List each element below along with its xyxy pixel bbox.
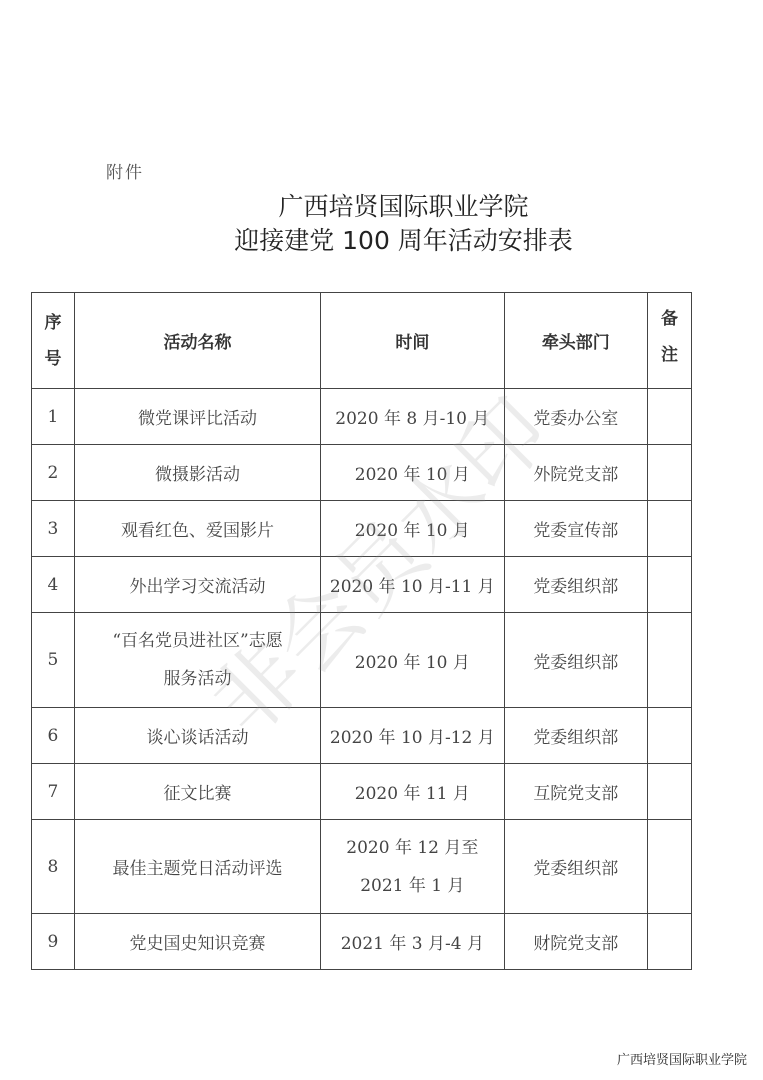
header-seq: 序号 — [32, 293, 75, 389]
cell-seq: 1 — [32, 389, 75, 445]
table-row: 2 微摄影活动 2020 年 10 月 外院党支部 — [32, 445, 692, 501]
cell-dept: 党委组织部 — [504, 557, 648, 613]
cell-time: 2020 年 10 月 — [321, 613, 504, 708]
cell-dept: 财院党支部 — [504, 914, 648, 970]
table-row: 5 “百名党员进社区”志愿服务活动 2020 年 10 月 党委组织部 — [32, 613, 692, 708]
activity-line: “百名党员进社区”志愿 — [112, 631, 282, 651]
cell-time: 2020 年 11 月 — [321, 764, 504, 820]
table-row: 3 观看红色、爱国影片 2020 年 10 月 党委宣传部 — [32, 501, 692, 557]
cell-activity: 微党课评比活动 — [74, 389, 320, 445]
header-note-char: 注 — [661, 345, 678, 365]
table-header-row: 序号 活动名称 时间 牵头部门 备注 — [32, 293, 692, 389]
cell-note — [648, 914, 692, 970]
cell-dept: 外院党支部 — [504, 445, 648, 501]
cell-seq: 9 — [32, 914, 75, 970]
header-lead-dept: 牵头部门 — [504, 293, 648, 389]
cell-note — [648, 501, 692, 557]
cell-activity: 征文比赛 — [74, 764, 320, 820]
attachment-label: 附件 — [106, 158, 144, 183]
cell-time: 2020 年 10 月-12 月 — [321, 708, 504, 764]
cell-note — [648, 613, 692, 708]
cell-seq: 8 — [32, 820, 75, 914]
cell-time: 2020 年 10 月 — [321, 445, 504, 501]
time-line: 2020 年 12 月至 — [346, 838, 478, 858]
cell-activity: 外出学习交流活动 — [74, 557, 320, 613]
footer-institution: 广西培贤国际职业学院 — [617, 1049, 747, 1068]
activity-schedule-table: 序号 活动名称 时间 牵头部门 备注 1 微党课评比活动 2020 年 8 月-… — [31, 292, 692, 970]
header-seq-char: 序 — [44, 313, 61, 333]
header-notes: 备注 — [648, 293, 692, 389]
cell-time: 2020 年 12 月至2021 年 1 月 — [321, 820, 504, 914]
cell-note — [648, 708, 692, 764]
cell-note — [648, 445, 692, 501]
cell-seq: 6 — [32, 708, 75, 764]
header-seq-char: 号 — [44, 349, 61, 369]
cell-activity: 党史国史知识竞赛 — [74, 914, 320, 970]
cell-activity: 观看红色、爱国影片 — [74, 501, 320, 557]
cell-note — [648, 820, 692, 914]
header-note-char: 备 — [661, 309, 678, 329]
cell-dept: 党委组织部 — [504, 613, 648, 708]
table-row: 1 微党课评比活动 2020 年 8 月-10 月 党委办公室 — [32, 389, 692, 445]
table-row: 4 外出学习交流活动 2020 年 10 月-11 月 党委组织部 — [32, 557, 692, 613]
activity-line: 服务活动 — [164, 669, 232, 689]
cell-dept: 党委宣传部 — [504, 501, 648, 557]
cell-seq: 5 — [32, 613, 75, 708]
cell-time: 2021 年 3 月-4 月 — [321, 914, 504, 970]
table-row: 6 谈心谈话活动 2020 年 10 月-12 月 党委组织部 — [32, 708, 692, 764]
cell-seq: 7 — [32, 764, 75, 820]
cell-seq: 2 — [32, 445, 75, 501]
header-activity-name: 活动名称 — [74, 293, 320, 389]
cell-note — [648, 389, 692, 445]
cell-dept: 互院党支部 — [504, 764, 648, 820]
cell-time: 2020 年 10 月 — [321, 501, 504, 557]
document-title-institution: 广西培贤国际职业学院 — [22, 187, 763, 223]
cell-activity: “百名党员进社区”志愿服务活动 — [74, 613, 320, 708]
table-row: 9 党史国史知识竞赛 2021 年 3 月-4 月 财院党支部 — [32, 914, 692, 970]
cell-dept: 党委办公室 — [504, 389, 648, 445]
cell-time: 2020 年 8 月-10 月 — [321, 389, 504, 445]
cell-dept: 党委组织部 — [504, 820, 648, 914]
cell-note — [648, 557, 692, 613]
cell-activity: 最佳主题党日活动评选 — [74, 820, 320, 914]
document-title-schedule: 迎接建党 100 周年活动安排表 — [22, 221, 763, 257]
cell-activity: 微摄影活动 — [74, 445, 320, 501]
cell-activity: 谈心谈话活动 — [74, 708, 320, 764]
table-row: 7 征文比赛 2020 年 11 月 互院党支部 — [32, 764, 692, 820]
cell-note — [648, 764, 692, 820]
table-row: 8 最佳主题党日活动评选 2020 年 12 月至2021 年 1 月 党委组织… — [32, 820, 692, 914]
time-line: 2021 年 1 月 — [360, 876, 464, 896]
cell-time: 2020 年 10 月-11 月 — [321, 557, 504, 613]
cell-dept: 党委组织部 — [504, 708, 648, 764]
cell-seq: 3 — [32, 501, 75, 557]
header-time: 时间 — [321, 293, 504, 389]
cell-seq: 4 — [32, 557, 75, 613]
